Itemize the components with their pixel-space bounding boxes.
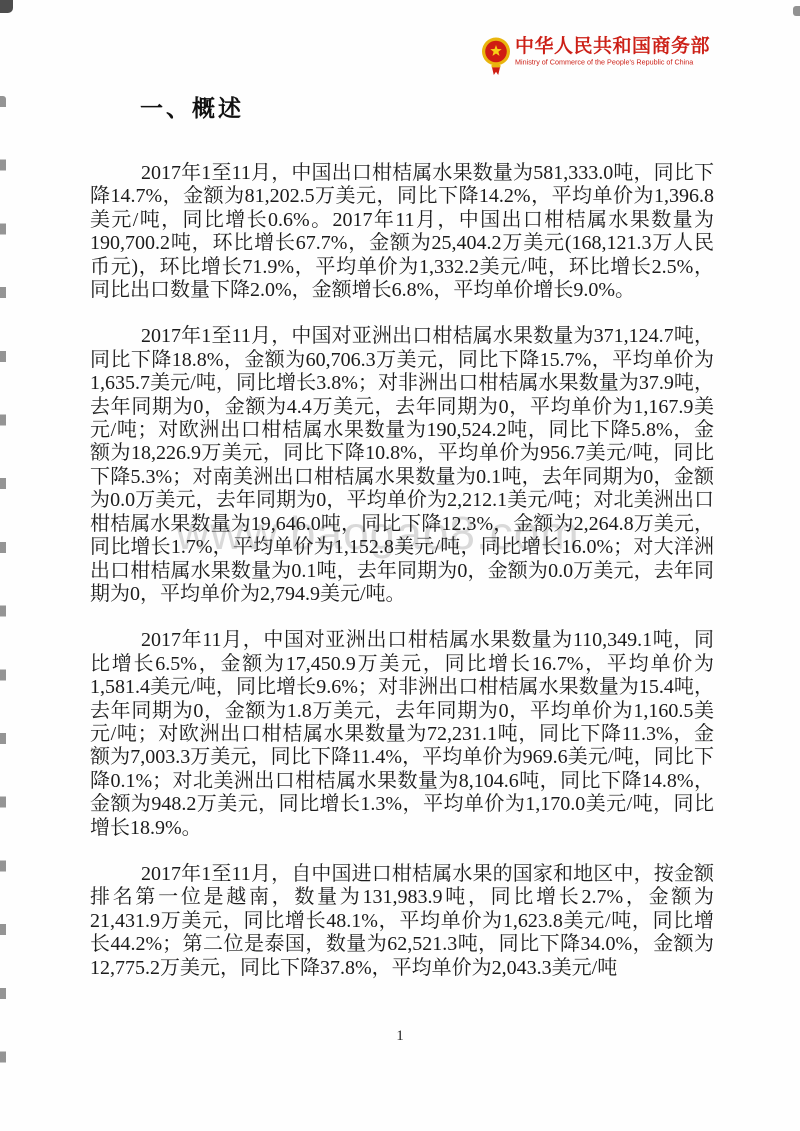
ministry-subtitle-en: Ministry of Commerce of the People's Rep… (515, 58, 702, 67)
china-national-emblem-icon (481, 36, 511, 76)
ministry-header-text: 中华人民共和国商务部 Ministry of Commerce of the P… (515, 36, 710, 67)
ministry-header: 中华人民共和国商务部 Ministry of Commerce of the P… (481, 36, 686, 78)
body-paragraph: 2017年1至11月，中国对亚洲出口柑桔属水果数量为371,124.7吨，同比下… (90, 325, 714, 606)
document-page: 中华人民共和国商务部 Ministry of Commerce of the P… (0, 0, 800, 1131)
document-body: 2017年1至11月，中国出口柑桔属水果数量为581,333.0吨，同比下降14… (90, 162, 714, 1003)
body-paragraph: 2017年1至11月，自中国进口柑桔属水果的国家和地区中，按金额排名第一位是越南… (90, 863, 714, 980)
scan-artifact-corner-top-right (793, 6, 800, 16)
scan-artifact-corner-top-left (0, 0, 13, 13)
ministry-title-cn: 中华人民共和国商务部 (515, 36, 710, 58)
body-paragraph: 2017年11月，中国对亚洲出口柑桔属水果数量为110,349.1吨，同比增长6… (90, 629, 714, 840)
section-title: 一、概述 (140, 90, 244, 123)
body-paragraph: 2017年1至11月，中国出口柑桔属水果数量为581,333.0吨，同比下降14… (90, 162, 714, 302)
scan-artifact-left-edge-marks (0, 96, 6, 1092)
page-number: 1 (0, 1028, 800, 1045)
